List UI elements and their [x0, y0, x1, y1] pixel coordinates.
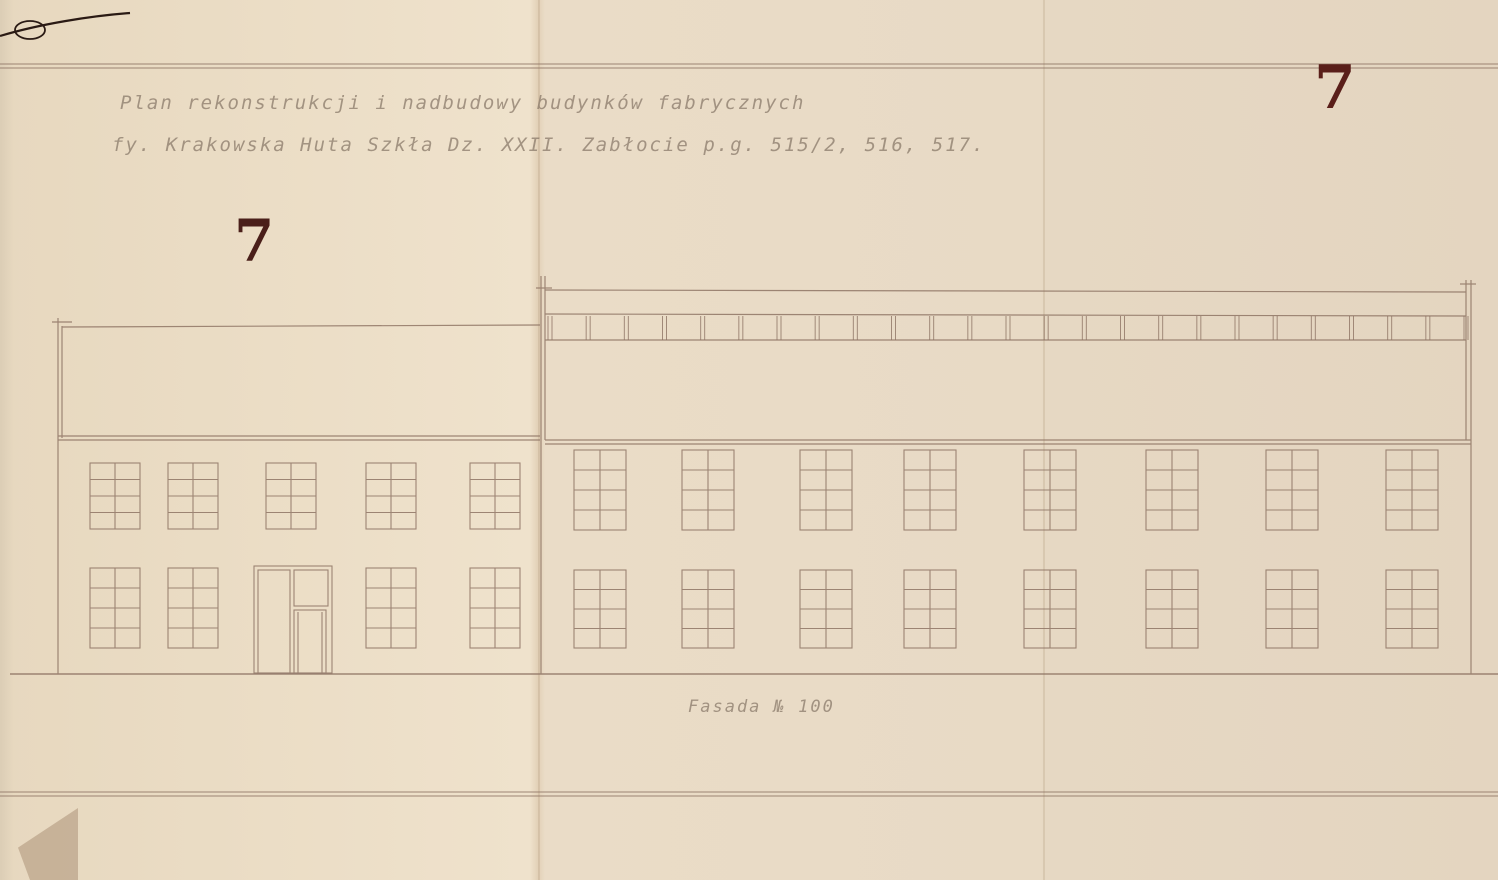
title-line-2: fy. Krakowska Huta Szkła Dz. XXII. Zabło…: [112, 134, 986, 156]
window: [470, 568, 520, 648]
window: [904, 450, 956, 530]
window: [366, 568, 416, 648]
facade-caption: Fasada № 100: [688, 697, 835, 717]
window: [90, 463, 140, 529]
window: [1024, 570, 1076, 648]
window: [168, 568, 218, 648]
window: [682, 570, 734, 648]
window: [800, 450, 852, 530]
entrance-door: [254, 566, 332, 673]
title-line-1: Plan rekonstrukcji i nadbudowy budynków …: [120, 92, 805, 114]
window: [682, 450, 734, 530]
window: [168, 463, 218, 529]
window: [470, 463, 520, 529]
window: [90, 568, 140, 648]
drawing-sheet: Plan rekonstrukcji i nadbudowy budynków …: [0, 0, 1498, 880]
window: [1266, 450, 1318, 530]
window: [574, 570, 626, 648]
window: [266, 463, 316, 529]
facade-elevation: [0, 0, 1498, 880]
window: [904, 570, 956, 648]
sheet-number-stamp: 7: [1314, 58, 1356, 118]
window: [1266, 570, 1318, 648]
window: [800, 570, 852, 648]
window: [1146, 450, 1198, 530]
window: [1024, 450, 1076, 530]
window: [1146, 570, 1198, 648]
window: [366, 463, 416, 529]
window: [1386, 450, 1438, 530]
window: [574, 450, 626, 530]
signature-mark-icon: [0, 0, 140, 50]
window: [1386, 570, 1438, 648]
sheet-number-stamp: 7: [234, 212, 274, 270]
